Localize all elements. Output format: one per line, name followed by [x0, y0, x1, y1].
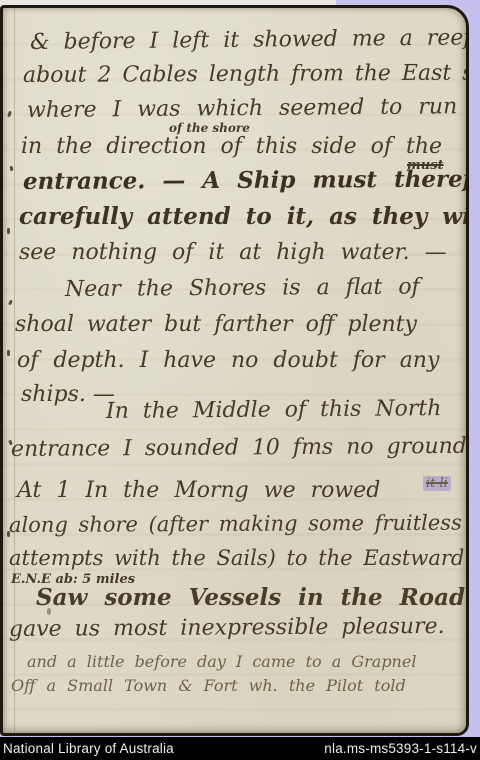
ink-speck	[7, 350, 10, 356]
manuscript-line: shoal water but farther off plenty	[15, 312, 417, 337]
ink-speck	[7, 111, 12, 118]
interlinear-insertion: of the shore	[169, 121, 250, 135]
caption-bar: National Library of Australia nla.ms-ms5…	[0, 737, 480, 760]
manuscript-line: In the Middle of this North	[106, 396, 442, 424]
manuscript-line: about 2 Cables length from the East shor…	[23, 60, 469, 88]
manuscript-line: carefully attend to it, as they will	[19, 203, 469, 230]
ink-speck	[8, 300, 13, 306]
manuscript-line: & before I left it showed me a reef	[30, 25, 469, 55]
manuscript-line: along shore (after making some fruitless	[9, 511, 462, 537]
manuscript-line: see nothing of it at high water. —	[19, 240, 447, 265]
manuscript-line: At 1 In the Morng we rowed	[17, 478, 380, 503]
manuscript-line: entrance I sounded 10 fms no ground	[11, 434, 467, 462]
manuscript-line: Saw some Vessels in the Road wch	[36, 584, 469, 611]
ink-speck	[9, 166, 13, 172]
image-id: nla.ms-ms5393-1-s114-v	[324, 741, 477, 756]
manuscript-line: gave us most inexpressible pleasure.	[9, 614, 445, 642]
manuscript-line: of depth. I have no doubt for any	[17, 348, 439, 373]
struck-word-smudged: it li	[423, 476, 451, 491]
library-name: National Library of Australia	[3, 741, 174, 756]
manuscript-line: ships. —	[21, 382, 115, 407]
manuscript-scan: & before I left it showed me a reef abou…	[0, 0, 480, 760]
manuscript-line: and a little before day I came to a Grap…	[27, 652, 416, 671]
ink-speck	[7, 228, 10, 234]
ink-speck	[47, 608, 51, 615]
ink-speck	[7, 531, 10, 537]
manuscript-line: in the direction of this side of the	[21, 134, 442, 159]
manuscript-line: attempts with the Sails) to the Eastward	[9, 546, 464, 570]
manuscript-line: Near the Shores is a flat of	[65, 275, 420, 302]
manuscript-line: Off a Small Town & Fort wh. the Pilot to…	[11, 676, 406, 695]
manuscript-line: where I was which seemed to run	[27, 94, 457, 123]
manuscript-page: & before I left it showed me a reef abou…	[0, 5, 469, 736]
manuscript-line: entrance. — A Ship must therefore	[23, 165, 469, 195]
